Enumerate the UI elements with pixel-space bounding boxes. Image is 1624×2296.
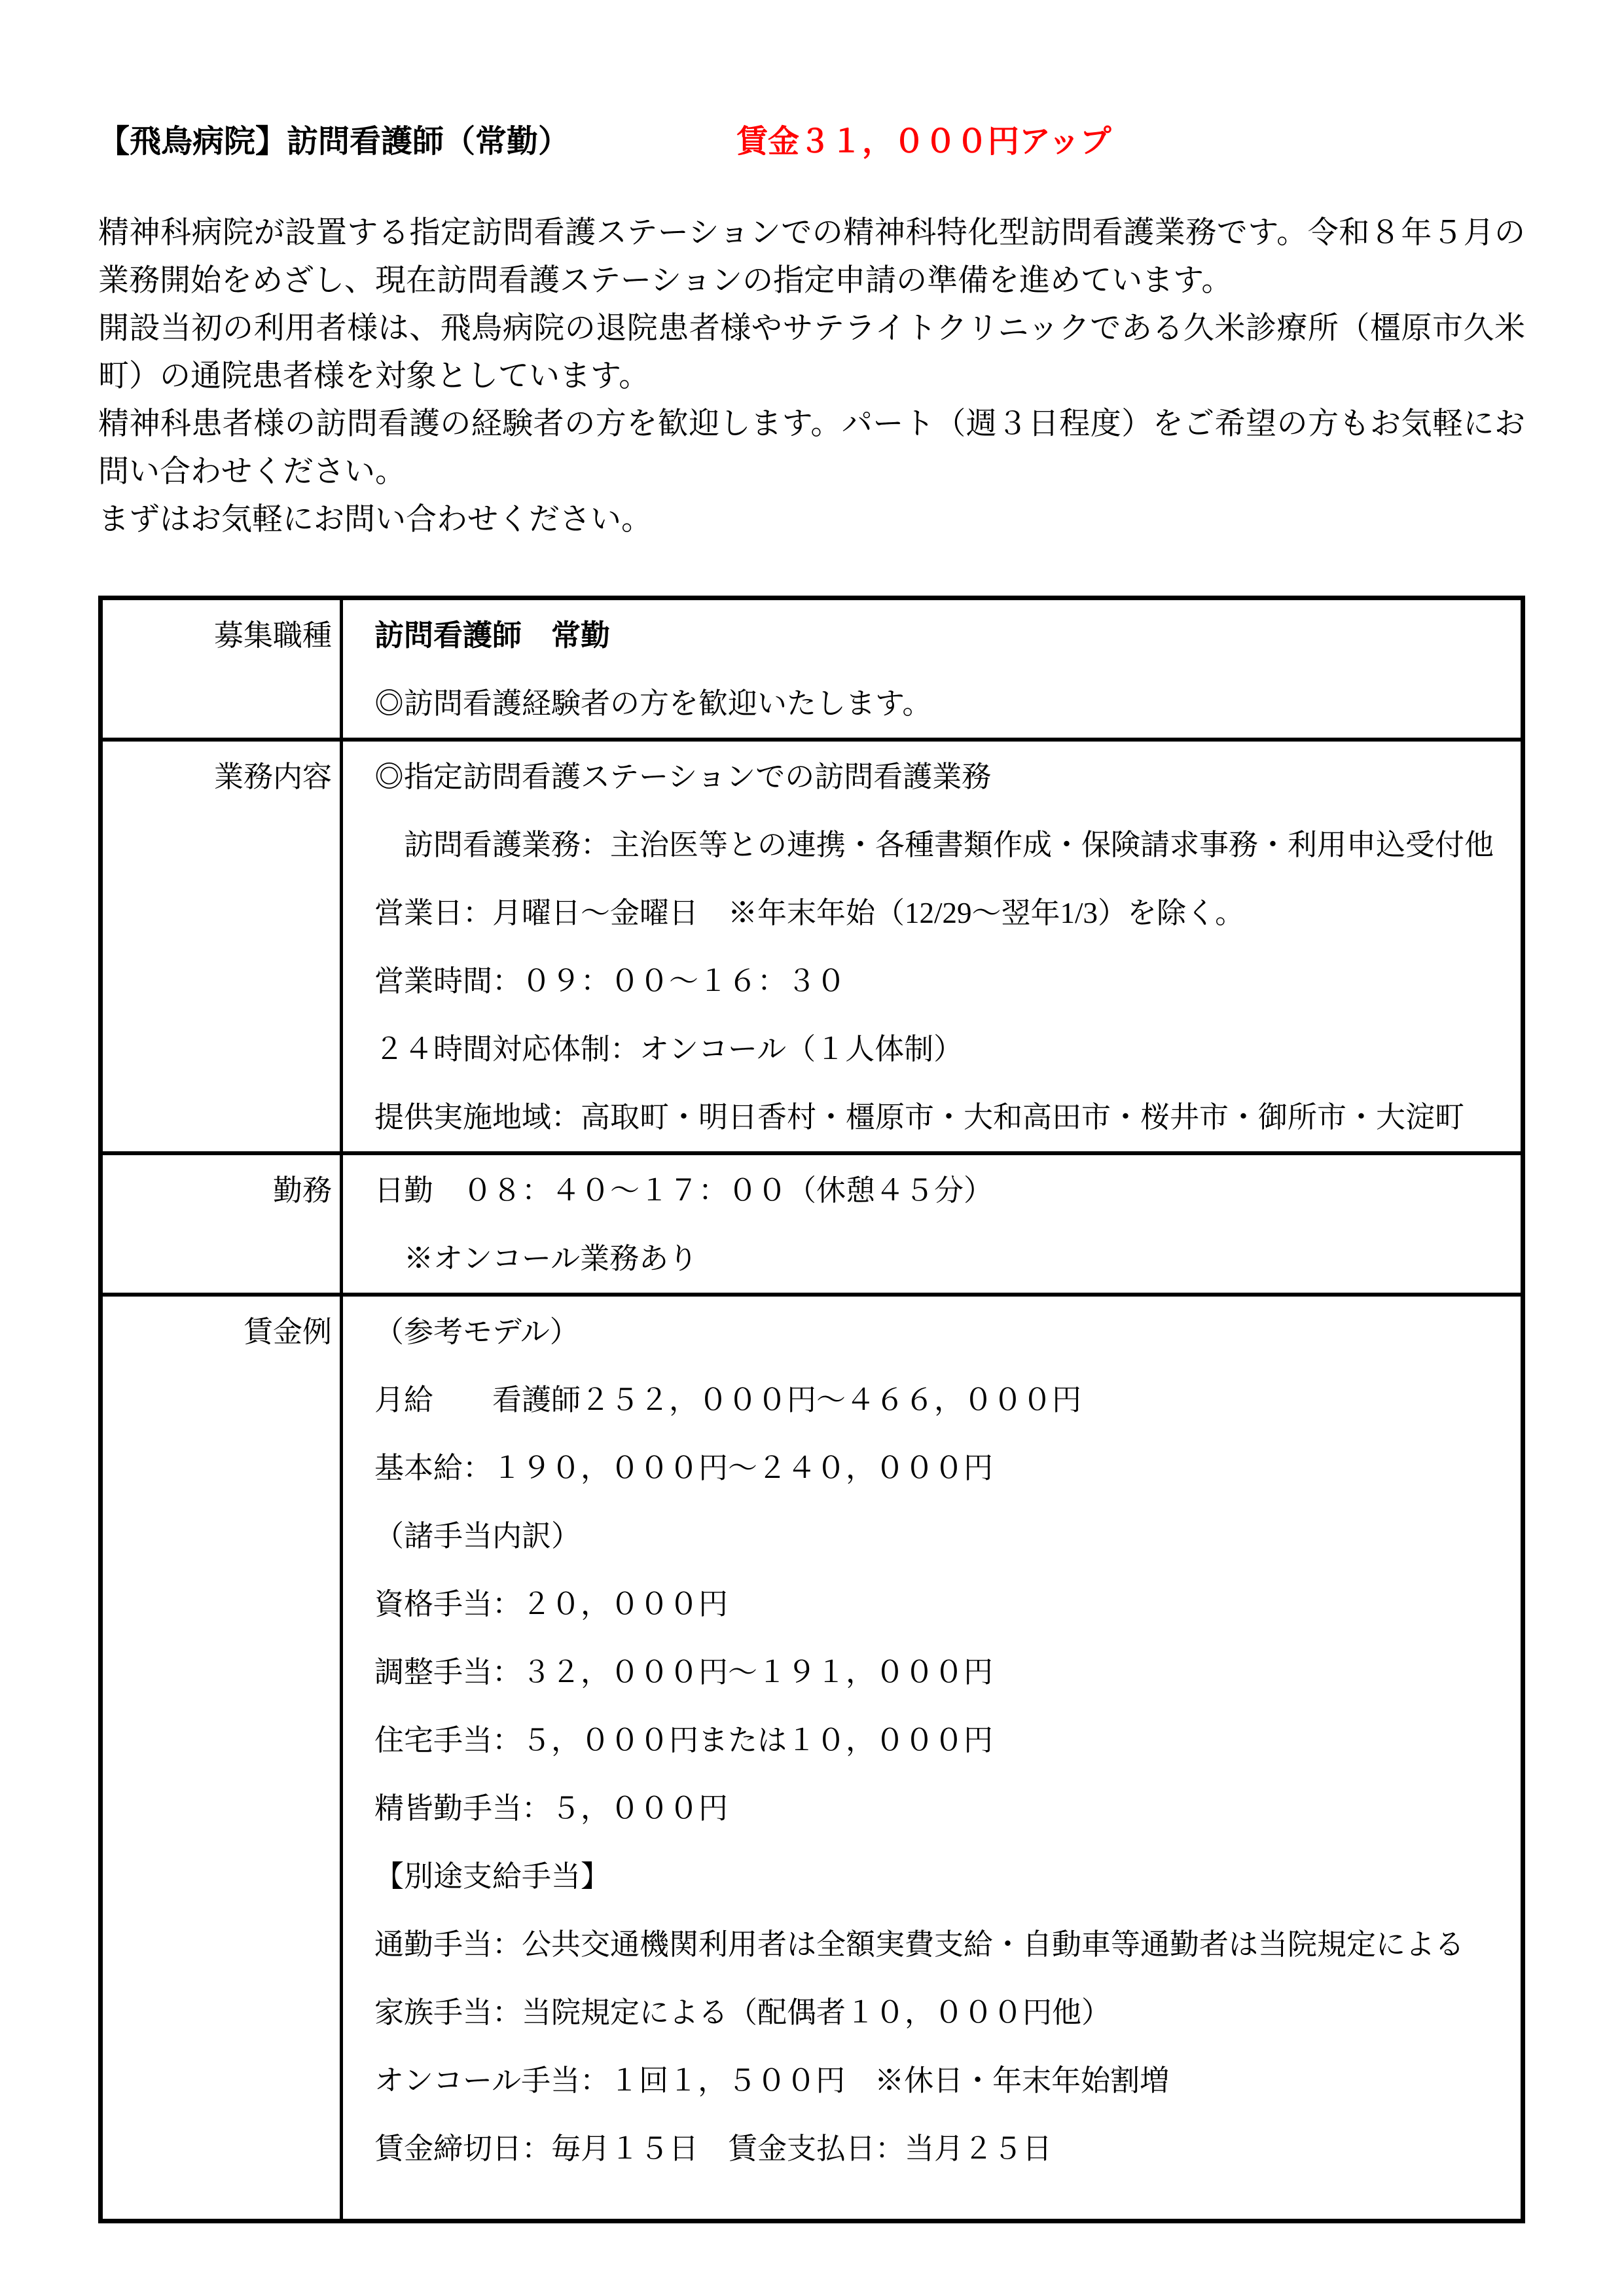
row-content-wage-example: （参考モデル） 月給 看護師２５２，０００円～４６６，０００円 基本給：１９０，…	[342, 1295, 1523, 2221]
intro-paragraph-4: まずはお気軽にお問い合わせください。	[98, 496, 1525, 544]
content-line: 月給 看護師２５２，０００円～４６６，０００円	[374, 1366, 1507, 1434]
content-line: 住宅手当：５，０００円または１０，０００円	[374, 1706, 1507, 1774]
content-line: （諸手当内訳）	[374, 1502, 1507, 1570]
content-line: 営業時間：０９：００～１６：３０	[374, 947, 1507, 1015]
content-line: オンコール手当：１回１，５００円 ※休日・年末年始割増	[374, 2047, 1507, 2115]
salary-up-highlight: 賃金３１，０００円アップ	[736, 123, 1111, 161]
content-line: 営業日：月曜日～金曜日 ※年末年始（12/29～翌年1/3）を除く。	[374, 879, 1507, 947]
intro-paragraph-2: 開設当初の利用者様は、飛鳥病院の退院患者様やサテライトクリニックである久米診療所…	[98, 305, 1525, 401]
page-title: 【飛鳥病院】訪問看護師（常勤） 賃金３１，０００円アップ	[98, 123, 1525, 161]
content-line: 提供実施地域：高取町・明日香村・橿原市・大和高田市・桜井市・御所市・大淀町	[374, 1083, 1507, 1151]
content-line: 日勤 ０８：４０～１７：００（休憩４５分）	[374, 1157, 1507, 1225]
intro-paragraph-3: 精神科患者様の訪問看護の経験者の方を歓迎します。パート（週３日程度）をご希望の方…	[98, 401, 1525, 496]
title-text: 【飛鳥病院】訪問看護師（常勤）	[98, 123, 569, 161]
table-row-recruit-type: 募集職種 訪問看護師 常勤 ◎訪問看護経験者の方を歓迎いたします。	[101, 598, 1523, 740]
row-content-duties: ◎指定訪問看護ステーションでの訪問看護業務 訪問看護業務：主治医等との連携・各種…	[342, 740, 1523, 1153]
content-line: 【別途支給手当】	[374, 1842, 1507, 1910]
intro-paragraphs: 精神科病院が設置する指定訪問看護ステーションでの精神科特化型訪問看護業務です。令…	[98, 209, 1525, 544]
row-content-shift: 日勤 ０８：４０～１７：００（休憩４５分） ※オンコール業務あり	[342, 1153, 1523, 1295]
content-line: 通勤手当：公共交通機関利用者は全額実費支給・自動車等通勤者は当院規定による	[374, 1910, 1507, 1979]
content-line: ※オンコール業務あり	[374, 1225, 1507, 1293]
row-label-recruit-type: 募集職種	[101, 598, 342, 740]
content-line: 訪問看護業務：主治医等との連携・各種書類作成・保険請求事務・利用申込受付他	[374, 811, 1507, 879]
job-details-table: 募集職種 訪問看護師 常勤 ◎訪問看護経験者の方を歓迎いたします。 業務内容 ◎…	[98, 596, 1525, 2223]
content-line: （参考モデル）	[374, 1298, 1507, 1366]
content-line: 訪問看護師 常勤	[374, 601, 1507, 670]
content-line: 賃金締切日：毎月１５日 賃金支払日：当月２５日	[374, 2115, 1507, 2183]
content-line: 精皆勤手当：５，０００円	[374, 1774, 1507, 1842]
table-row-shift: 勤務 日勤 ０８：４０～１７：００（休憩４５分） ※オンコール業務あり	[101, 1153, 1523, 1295]
table-row-duties: 業務内容 ◎指定訪問看護ステーションでの訪問看護業務 訪問看護業務：主治医等との…	[101, 740, 1523, 1153]
row-label-wage-example: 賃金例	[101, 1295, 342, 2221]
content-line: ２４時間対応体制：オンコール（１人体制）	[374, 1015, 1507, 1083]
row-label-duties: 業務内容	[101, 740, 342, 1153]
content-line: 資格手当：２０，０００円	[374, 1570, 1507, 1638]
document-page: 【飛鳥病院】訪問看護師（常勤） 賃金３１，０００円アップ 精神科病院が設置する指…	[0, 0, 1624, 2296]
content-line: 家族手当：当院規定による（配偶者１０，０００円他）	[374, 1979, 1507, 2047]
content-line: ◎訪問看護経験者の方を歓迎いたします。	[374, 670, 1507, 738]
content-line: 調整手当：３２，０００円～１９１，０００円	[374, 1638, 1507, 1706]
row-content-recruit-type: 訪問看護師 常勤 ◎訪問看護経験者の方を歓迎いたします。	[342, 598, 1523, 740]
content-line: ◎指定訪問看護ステーションでの訪問看護業務	[374, 743, 1507, 811]
row-label-shift: 勤務	[101, 1153, 342, 1295]
table-row-wage-example: 賃金例 （参考モデル） 月給 看護師２５２，０００円～４６６，０００円 基本給：…	[101, 1295, 1523, 2221]
intro-paragraph-1: 精神科病院が設置する指定訪問看護ステーションでの精神科特化型訪問看護業務です。令…	[98, 209, 1525, 305]
content-line: 基本給：１９０，０００円～２４０，０００円	[374, 1434, 1507, 1502]
